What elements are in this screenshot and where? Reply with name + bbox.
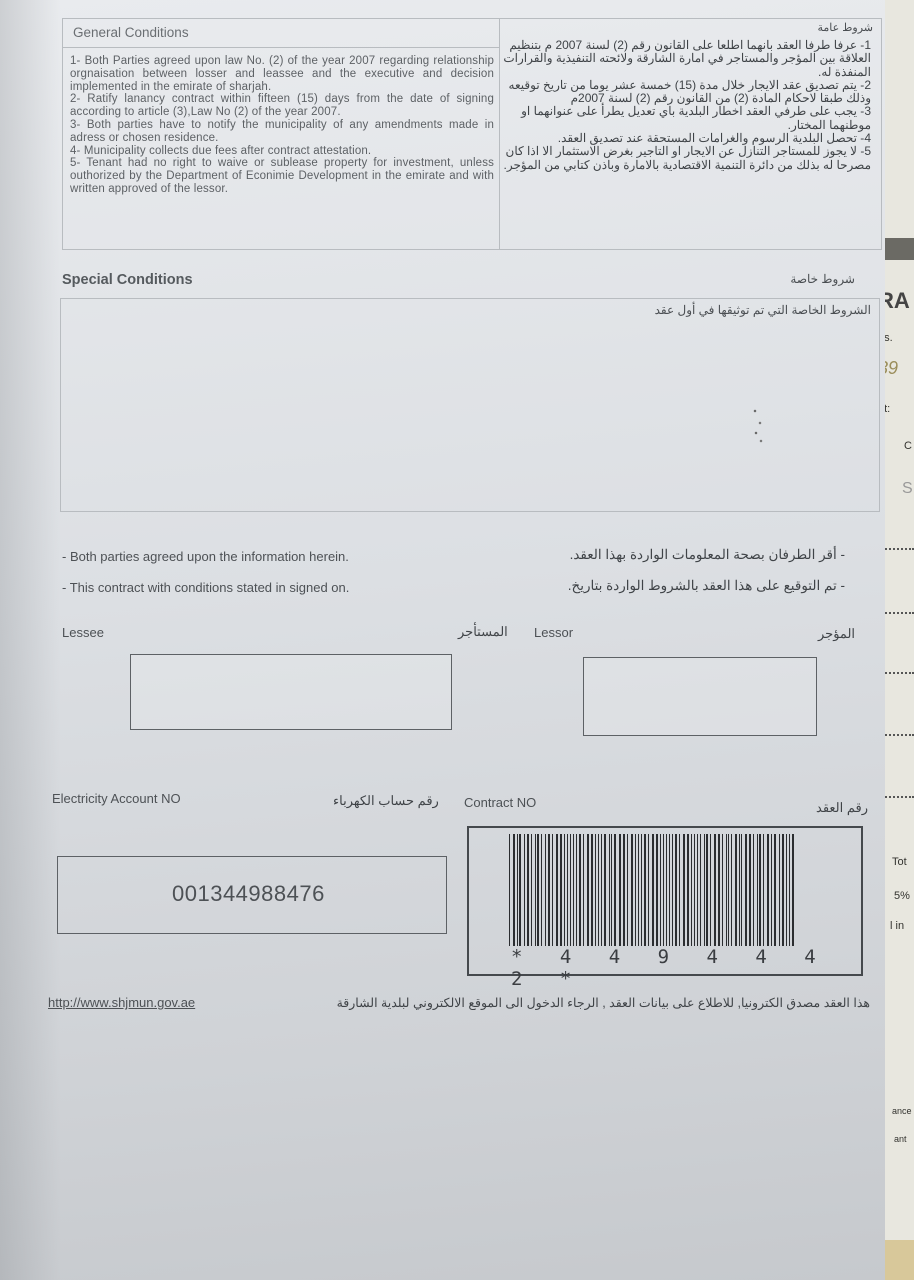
general-conditions-en: 1- Both Parties agreed upon law No. (2) … [70,55,494,196]
agreement-line-1: - Both parties agreed upon the informati… [62,549,349,564]
footer-note-ar: هذا العقد مصدق الكترونيا, للاطلاع على بي… [235,995,870,1010]
lessor-signature-box [583,657,817,736]
contract-no-label-ar: رقم العقد [816,800,868,816]
electricity-account-label: Electricity Account NO [52,791,181,806]
contract-no-label: Contract NO [464,795,536,810]
lessee-label-ar: المستأجر [458,624,508,640]
print-specks [752,405,764,445]
electricity-account-value: 001344988476 [172,881,325,907]
agreement-line-2-ar: - تم التوقيع على هذا العقد بالشروط الوار… [568,578,845,594]
lessor-label: Lessor [534,625,573,640]
condition-item-ar: 2- يتم تصديق عقد الايجار خلال مدة (15) خ… [501,79,871,106]
municipality-website-link[interactable]: http://www.shjmun.gov.ae [48,995,195,1010]
special-conditions-note-ar: الشروط الخاصة التي تم توثيقها في أول عقد [655,303,871,317]
condition-item-ar: 4- تحصل البلدية الرسوم والغرامات المستحق… [501,132,871,145]
special-conditions-title-ar: شروط خاصة [790,272,855,286]
contract-barcode-box: * 4 4 9 4 4 4 2 * [467,826,863,976]
general-conditions-title: General Conditions [73,25,189,40]
lessee-signature-box [130,654,452,730]
lessee-label: Lessee [62,625,104,640]
fragment-text: S [902,480,913,498]
agreement-line-2: - This contract with conditions stated i… [62,580,349,595]
barcode-bars [509,834,795,946]
column-divider [499,19,500,249]
electricity-account-label-ar: رقم حساب الكهرباء [333,793,439,809]
fragment-text: 5% [894,890,910,902]
fragment-text: Tot [892,856,907,868]
fragment-text: ance [892,1106,912,1116]
fragment-text: ant [894,1134,907,1144]
fragment-text: C [904,440,912,452]
general-conditions-ar: 1- عرفا طرفا العقد بانهما اطلعا على القا… [501,39,871,172]
agreement-line-1-ar: - أقر الطرفان بصحة المعلومات الواردة بهذ… [570,547,845,563]
header-line [63,47,499,48]
special-conditions-title: Special Conditions [62,272,193,288]
barcode-number: * 4 4 9 4 4 4 2 * [511,946,861,990]
condition-item-en: 1- Both Parties agreed upon law No. (2) … [70,55,494,93]
lessor-label-ar: المؤجر [818,626,855,642]
condition-item-en: 5- Tenant had no right to waive or suble… [70,157,494,195]
barcode [509,834,795,946]
condition-item-en: 2- Ratify lanancy contract within fiftee… [70,93,494,119]
fragment-text: l in [890,920,904,932]
condition-item-en: 3- Both parties have to notify the munic… [70,119,494,145]
contract-page: General Conditions شروط عامة 1- Both Par… [0,0,885,1280]
condition-item-en: 4- Municipality collects due fees after … [70,145,494,158]
condition-item-ar: 5- لا يجوز للمستاجر التنازل عن الايجار ا… [501,145,871,172]
general-conditions-table: General Conditions شروط عامة 1- Both Par… [62,18,882,250]
condition-item-ar: 3- يجب على طرفي العقد اخطار البلدية باي … [501,105,871,132]
electricity-account-box: 001344988476 [57,856,447,934]
condition-item-ar: 1- عرفا طرفا العقد بانهما اطلعا على القا… [501,39,871,79]
general-conditions-title-ar: شروط عامة [817,21,873,34]
